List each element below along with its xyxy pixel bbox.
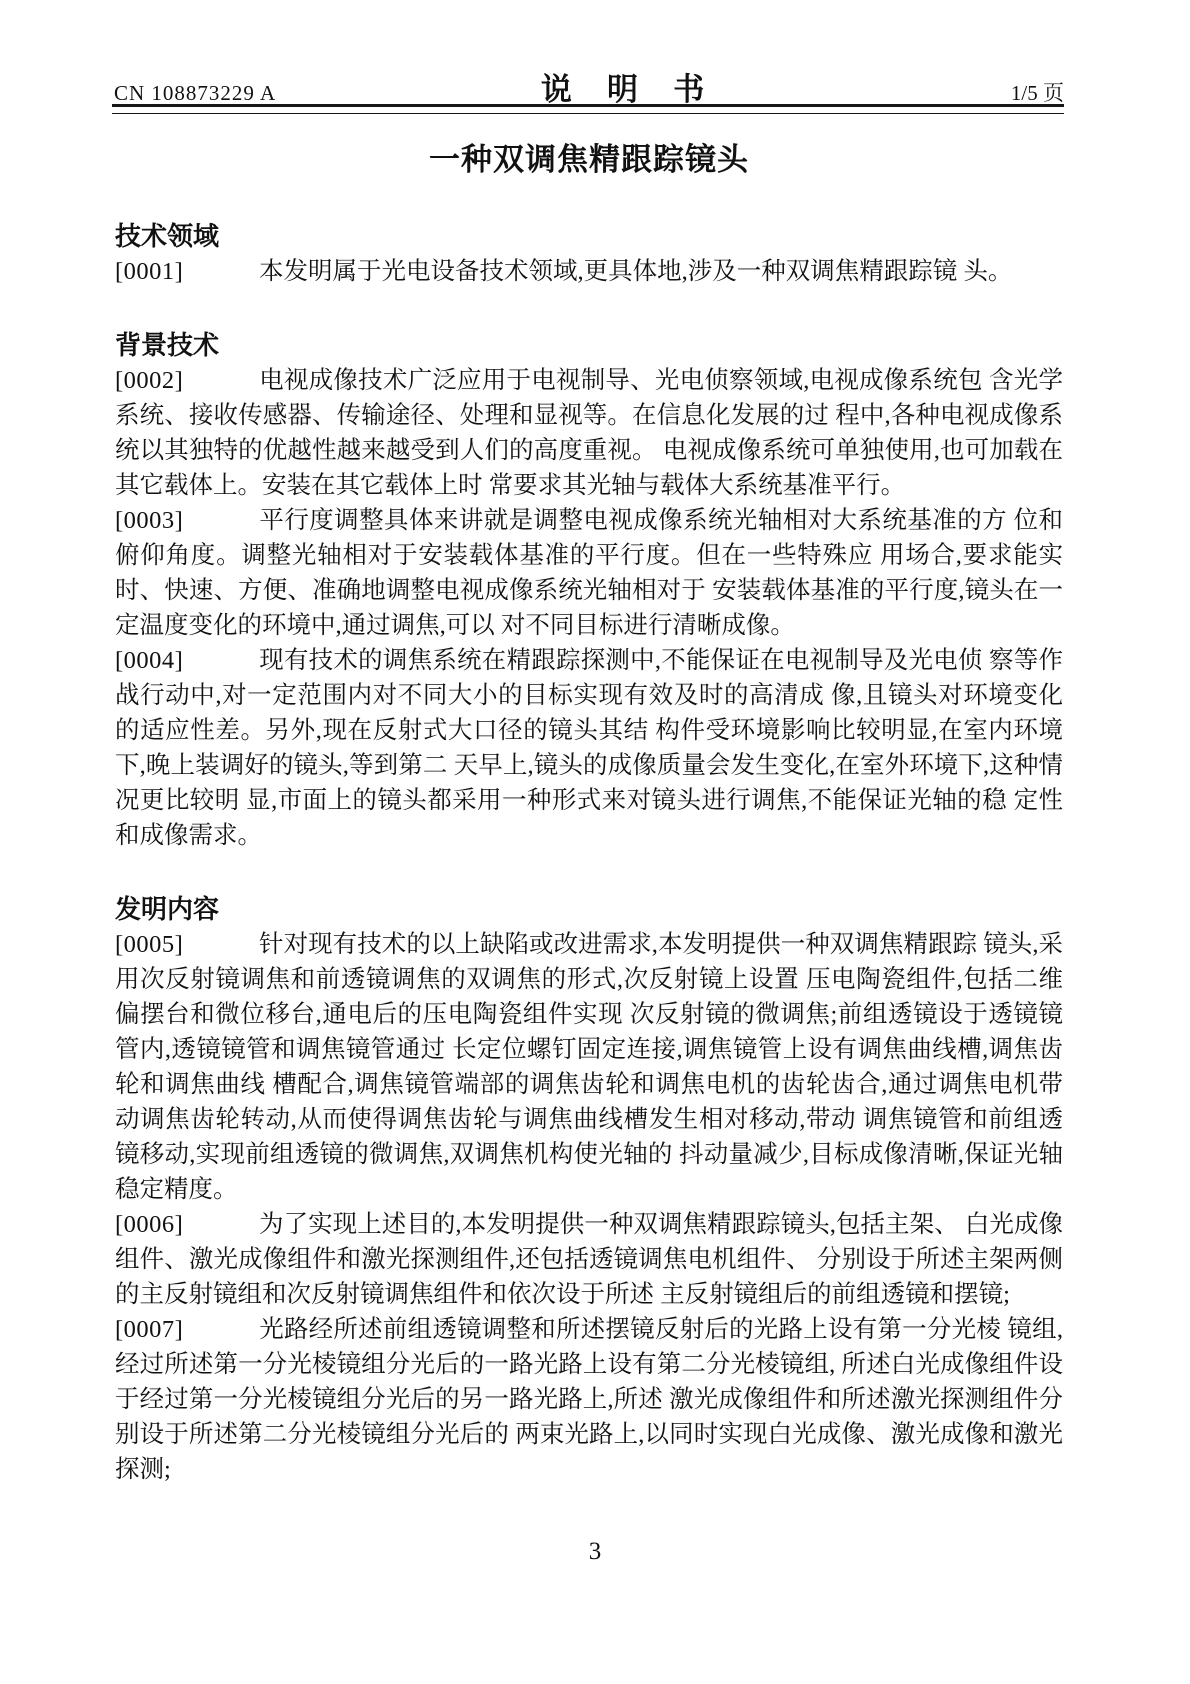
paragraph-text: 光路经所述前组透镜调整和所述摆镜反射后的光路上设有第一分光棱 镜组,经过所述第一… [115,1316,1063,1483]
paragraph-number: [0007] [115,1312,215,1347]
document-body: 一种双调焦精跟踪镜头 技术领域 [0001]本发明属于光电设备技术领域,更具体地… [115,126,1063,1487]
paragraph-0007: [0007]光路经所述前组透镜调整和所述摆镜反射后的光路上设有第一分光棱 镜组,… [115,1312,1063,1487]
paragraph-number: [0001] [115,254,215,289]
paragraph-text: 电视成像技术广泛应用于电视制导、光电侦察领域,电视成像系统包 含光学系统、接收传… [115,367,1063,499]
paragraph-number: [0004] [115,643,215,678]
page-indicator: 1/5 页 [1011,77,1064,107]
footer-page-number: 3 [0,1538,1190,1566]
section-heading-summary: 发明内容 [115,891,1063,927]
paragraph-0006: [0006]为了实现上述目的,本发明提供一种双调焦精跟踪镜头,包括主架、 白光成… [115,1207,1063,1312]
patent-description-page: CN 108873229 A 说 明 书 1/5 页 一种双调焦精跟踪镜头 技术… [0,0,1190,1684]
paragraph-number: [0002] [115,363,215,398]
paragraph-0005: [0005]针对现有技术的以上缺陷或改进需求,本发明提供一种双调焦精跟踪 镜头,… [115,927,1063,1207]
paragraph-0001: [0001]本发明属于光电设备技术领域,更具体地,涉及一种双调焦精跟踪镜 头。 [115,254,1063,289]
paragraph-0003: [0003]平行度调整具体来讲就是调整电视成像系统光轴相对大系统基准的方 位和俯… [115,503,1063,643]
paragraph-text: 本发明属于光电设备技术领域,更具体地,涉及一种双调焦精跟踪镜 头。 [259,258,1012,285]
publication-number: CN 108873229 A [114,81,276,106]
paragraph-0002: [0002]电视成像技术广泛应用于电视制导、光电侦察领域,电视成像系统包 含光学… [115,363,1063,503]
paragraph-0004: [0004]现有技术的调焦系统在精跟踪探测中,不能保证在电视制导及光电侦 察等作… [115,643,1063,853]
section-heading-background: 背景技术 [115,327,1063,363]
paragraph-text: 针对现有技术的以上缺陷或改进需求,本发明提供一种双调焦精跟踪 镜头,采用次反射镜… [115,931,1063,1203]
section-heading-technical-field: 技术领域 [115,218,1063,254]
paragraph-number: [0003] [115,503,215,538]
paragraph-text: 为了实现上述目的,本发明提供一种双调焦精跟踪镜头,包括主架、 白光成像组件、激光… [115,1211,1063,1308]
document-type-title: 说 明 书 [541,64,710,109]
page-header: CN 108873229 A 说 明 书 1/5 页 [114,64,1064,109]
paragraph-text: 现有技术的调焦系统在精跟踪探测中,不能保证在电视制导及光电侦 察等作战行动中,对… [115,647,1063,849]
invention-title: 一种双调焦精跟踪镜头 [115,140,1063,180]
paragraph-number: [0006] [115,1207,215,1242]
paragraph-number: [0005] [115,927,215,962]
paragraph-text: 平行度调整具体来讲就是调整电视成像系统光轴相对大系统基准的方 位和俯仰角度。调整… [115,507,1063,639]
header-double-rule [112,104,1064,107]
